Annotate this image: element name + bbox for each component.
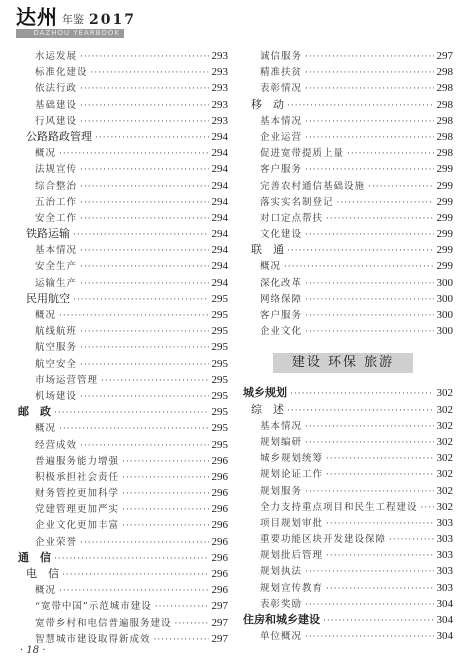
- toc-entry-title: 通 信: [18, 550, 51, 566]
- toc-entry-page: 295: [212, 323, 229, 339]
- toc-entry-page: 299: [437, 210, 454, 226]
- toc-entry[interactable]: 通 信296: [18, 550, 228, 566]
- toc-entry-title: 财务管控更加科学: [35, 486, 119, 502]
- toc-entry[interactable]: 完善农村通信基础设施299: [243, 178, 453, 194]
- toc-entry-title: 概况: [35, 583, 56, 599]
- toc-entry[interactable]: 企业文化300: [243, 323, 453, 339]
- toc-entry[interactable]: 城乡规划统筹302: [243, 450, 453, 466]
- toc-entry-title: 积极承担社会责任: [35, 470, 119, 486]
- toc-entry-page: 295: [212, 388, 229, 404]
- toc-entry-page: 294: [212, 258, 229, 274]
- toc-entry[interactable]: 规划服务302: [243, 483, 453, 499]
- toc-entry[interactable]: 公路路政管理294: [18, 129, 228, 145]
- toc-entry-page: 304: [437, 596, 454, 612]
- toc-entry-title: 规划执法: [260, 564, 302, 580]
- dot-leader: [287, 98, 434, 114]
- toc-entry-title: 基础建设: [35, 98, 77, 114]
- dot-leader: [80, 98, 208, 114]
- dot-leader: [80, 211, 208, 227]
- dot-leader: [73, 227, 209, 243]
- dot-leader: [122, 518, 208, 534]
- toc-entry[interactable]: 基本情况302: [243, 418, 453, 434]
- toc-entry-title: 深化改革: [260, 276, 302, 292]
- toc-entry-page: 296: [212, 469, 229, 485]
- dot-leader: [80, 114, 208, 130]
- toc-entry-page: 302: [437, 418, 454, 434]
- toc-entry-title: 促进宽带提质上量: [260, 146, 344, 162]
- toc-entry[interactable]: 住房和城乡建设304: [243, 612, 453, 628]
- toc-entry-title: 重要功能区块开发建设保障: [260, 532, 386, 548]
- toc-entry-title: 宽带乡村和电信普遍服务建设: [35, 616, 172, 632]
- toc-entry[interactable]: 企业文化更加丰富296: [18, 517, 228, 533]
- dot-leader: [326, 211, 433, 227]
- dot-leader: [323, 613, 434, 629]
- toc-entry-page: 295: [212, 420, 229, 436]
- toc-entry-title: 基本情况: [260, 114, 302, 130]
- toc-entry[interactable]: 企业荣誉296: [18, 534, 228, 550]
- toc-entry[interactable]: 城乡规划302: [243, 385, 453, 401]
- dot-leader: [326, 516, 433, 532]
- toc-entry-title: 规划论证工作: [260, 467, 323, 483]
- toc-entry[interactable]: 移 动298: [243, 97, 453, 113]
- dot-leader: [80, 243, 208, 259]
- toc-entry-page: 298: [437, 97, 454, 113]
- dot-leader: [91, 65, 209, 81]
- toc-entry-page: 304: [437, 628, 454, 644]
- toc-entry-page: 296: [212, 453, 229, 469]
- toc-entry-page: 293: [212, 48, 229, 64]
- dot-leader: [305, 324, 433, 340]
- dot-leader: [80, 389, 208, 405]
- toc-entry-title: 概况: [260, 259, 281, 275]
- toc-entry[interactable]: 网络保障300: [243, 291, 453, 307]
- toc-entry[interactable]: 航线航班295: [18, 323, 228, 339]
- toc-entry-page: 302: [437, 385, 454, 401]
- toc-entry-title: 客户服务: [260, 162, 302, 178]
- toc-entry[interactable]: 基本情况294: [18, 242, 228, 258]
- toc-entry-page: 293: [212, 80, 229, 96]
- toc-entry-title: 联 通: [251, 242, 284, 258]
- toc-entry-title: 标准化建设: [35, 65, 88, 81]
- toc-entry-page: 294: [212, 178, 229, 194]
- running-header: 达州 年鉴 2017 DAZHOU YEARBOOK: [16, 6, 136, 38]
- dot-leader: [122, 470, 208, 486]
- dot-leader: [80, 357, 208, 373]
- toc-entry[interactable]: 规划论证工作302: [243, 466, 453, 482]
- toc-entry-title: 规划编研: [260, 435, 302, 451]
- toc-entry-title: 客户服务: [260, 308, 302, 324]
- toc-entry[interactable]: 诚信服务297: [243, 48, 453, 64]
- toc-entry-page: 299: [437, 194, 454, 210]
- toc-entry-page: 295: [212, 437, 229, 453]
- toc-entry[interactable]: 五治工作294: [18, 194, 228, 210]
- toc-entry[interactable]: 联 通299: [243, 242, 453, 258]
- toc-entry-title: 完善农村通信基础设施: [260, 179, 365, 195]
- toc-entry-title: 企业运营: [260, 130, 302, 146]
- toc-entry[interactable]: 概况299: [243, 258, 453, 274]
- toc-entry-title: 企业文化更加丰富: [35, 518, 119, 534]
- toc-entry[interactable]: 表彰奖励304: [243, 596, 453, 612]
- toc-entry-title: 安全生产: [35, 259, 77, 275]
- toc-entry[interactable]: 航空安全295: [18, 356, 228, 372]
- toc-entry-title: 表彰情况: [260, 81, 302, 97]
- dot-leader: [101, 373, 208, 389]
- dot-leader: [122, 454, 208, 470]
- dot-leader: [122, 502, 208, 518]
- dot-leader: [305, 564, 433, 580]
- toc-entry[interactable]: 安全工作294: [18, 210, 228, 226]
- toc-entry-title: 规划宣传教育: [260, 581, 323, 597]
- toc-entry-title: 航空安全: [35, 357, 77, 373]
- toc-entry-title: 五治工作: [35, 195, 77, 211]
- toc-entry-page: 294: [212, 194, 229, 210]
- toc-entry-page: 294: [212, 226, 229, 242]
- dot-leader: [305, 114, 433, 130]
- dot-leader: [59, 421, 208, 437]
- toc-entry[interactable]: 党建管理更加严实296: [18, 501, 228, 517]
- toc-entry-page: 296: [212, 534, 229, 550]
- toc-entry[interactable]: 行风建设293: [18, 113, 228, 129]
- toc-entry[interactable]: 民用航空295: [18, 291, 228, 307]
- toc-entry-title: 诚信服务: [260, 49, 302, 65]
- dot-leader: [80, 259, 208, 275]
- dot-leader: [305, 292, 433, 308]
- dot-leader: [326, 467, 433, 483]
- toc-entry[interactable]: 综 述302: [243, 402, 453, 418]
- dot-leader: [305, 227, 433, 243]
- dot-leader: [287, 243, 434, 259]
- toc-entry-page: 294: [212, 145, 229, 161]
- toc-entry[interactable]: 基本情况298: [243, 113, 453, 129]
- toc-entry-page: 302: [437, 434, 454, 450]
- toc-entry-title: 市场运营管理: [35, 373, 98, 389]
- toc-entry[interactable]: 概况295: [18, 307, 228, 323]
- yearbook-title: 达州 年鉴 2017: [16, 6, 136, 28]
- toc-entry[interactable]: 规划宣传教育303: [243, 580, 453, 596]
- toc-entry-title: 邮 政: [18, 404, 51, 420]
- toc-entry[interactable]: 企业运营298: [243, 129, 453, 145]
- dot-leader: [80, 324, 208, 340]
- dot-leader: [54, 551, 209, 567]
- dot-leader: [73, 292, 209, 308]
- toc-entry[interactable]: 客户服务299: [243, 161, 453, 177]
- toc-entry-title: 文化建设: [260, 227, 302, 243]
- dot-leader: [80, 276, 208, 292]
- page-number: · 18 ·: [20, 645, 45, 656]
- toc-entry-title: 法规宣传: [35, 162, 77, 178]
- dot-leader: [347, 146, 433, 162]
- toc-entry[interactable]: 单位概况304: [243, 628, 453, 644]
- toc-entry-title: 航线航班: [35, 324, 77, 340]
- toc-entry-page: 294: [212, 242, 229, 258]
- toc-entry-page: 297: [212, 631, 229, 647]
- toc-entry-page: 300: [437, 323, 454, 339]
- yearbook-label: 年鉴: [62, 12, 84, 28]
- dot-leader: [80, 81, 208, 97]
- dot-leader: [80, 535, 208, 551]
- toc-entry-page: 296: [212, 517, 229, 533]
- toc-entry-page: 296: [212, 550, 229, 566]
- dot-leader: [305, 597, 433, 613]
- toc-right-column: 诚信服务297精准扶贫298表彰情况298移 动298基本情况298企业运营29…: [243, 48, 453, 644]
- toc-entry-page: 298: [437, 80, 454, 96]
- dot-leader: [122, 486, 208, 502]
- toc-entry-title: 城乡规划统筹: [260, 451, 323, 467]
- toc-entry-title: 基本情况: [35, 243, 77, 259]
- toc-entry[interactable]: 规划执法303: [243, 563, 453, 579]
- dot-leader: [368, 179, 433, 195]
- toc-entry[interactable]: 概况295: [18, 420, 228, 436]
- toc-entry-page: 303: [437, 547, 454, 563]
- toc-entry[interactable]: 概况294: [18, 145, 228, 161]
- toc-entry-page: 294: [212, 210, 229, 226]
- toc-entry-page: 299: [437, 242, 454, 258]
- dot-leader: [305, 629, 433, 645]
- toc-entry-title: 城乡规划: [243, 385, 287, 401]
- year: 2017: [89, 12, 136, 28]
- toc-entry-title: 综合整治: [35, 179, 77, 195]
- dot-leader: [80, 49, 208, 65]
- toc-entry-page: 298: [437, 64, 454, 80]
- toc-entry-page: 294: [212, 129, 229, 145]
- toc-entry-title: 表彰奖励: [260, 597, 302, 613]
- toc-entry-page: 296: [212, 485, 229, 501]
- toc-entry-page: 304: [437, 612, 454, 628]
- toc-entry[interactable]: 市场运营管理295: [18, 372, 228, 388]
- toc-entry-title: 企业荣誉: [35, 535, 77, 551]
- toc-entry-page: 303: [437, 563, 454, 579]
- toc-entry[interactable]: 安全生产294: [18, 258, 228, 274]
- toc-entry-page: 302: [437, 483, 454, 499]
- toc-right-top: 诚信服务297精准扶贫298表彰情况298移 动298基本情况298企业运营29…: [243, 48, 453, 339]
- toc-entry-title: “宽带中国”示范城市建设: [35, 599, 152, 615]
- dot-leader: [155, 599, 209, 615]
- dot-leader: [175, 616, 209, 632]
- toc-entry[interactable]: 邮 政295: [18, 404, 228, 420]
- dot-leader: [305, 49, 433, 65]
- toc-entry-page: 296: [212, 566, 229, 582]
- toc-entry-title: 运输生产: [35, 276, 77, 292]
- dot-leader: [326, 548, 433, 564]
- dot-leader: [59, 308, 208, 324]
- toc-entry-page: 295: [212, 372, 229, 388]
- toc-entry-title: 落实实名制登记: [260, 195, 334, 211]
- toc-entry[interactable]: “宽带中国”示范城市建设297: [18, 598, 228, 614]
- toc-entry-page: 303: [437, 515, 454, 531]
- dot-leader: [421, 500, 434, 516]
- toc-entry[interactable]: 项目规划审批303: [243, 515, 453, 531]
- toc-entry-title: 航空服务: [35, 340, 77, 356]
- toc-entry-page: 299: [437, 161, 454, 177]
- toc-entry-page: 295: [212, 307, 229, 323]
- dot-leader: [305, 308, 433, 324]
- toc-entry-page: 297: [212, 615, 229, 631]
- toc-entry[interactable]: 铁路运输294: [18, 226, 228, 242]
- dot-leader: [59, 146, 208, 162]
- section-banner: 建设 环保 旅游: [273, 353, 413, 373]
- dot-leader: [305, 484, 433, 500]
- toc-entry-title: 项目规划审批: [260, 516, 323, 532]
- toc-entry-page: 296: [212, 582, 229, 598]
- dot-leader: [290, 386, 434, 402]
- toc-entry-title: 综 述: [251, 402, 284, 418]
- dot-leader: [95, 130, 209, 146]
- toc-entry-title: 企业文化: [260, 324, 302, 340]
- toc-entry-page: 295: [212, 339, 229, 355]
- dot-leader: [284, 259, 433, 275]
- toc-entry-page: 300: [437, 275, 454, 291]
- toc-entry-page: 295: [212, 291, 229, 307]
- toc-entry-title: 精准扶贫: [260, 65, 302, 81]
- toc-left-column: 水运发展293标准化建设293依法行政293基础建设293行风建设293公路路政…: [18, 48, 228, 647]
- toc-entry-page: 297: [212, 598, 229, 614]
- toc-entry[interactable]: 全力支持重点项目和民生工程建设302: [243, 499, 453, 515]
- dot-leader: [80, 179, 208, 195]
- toc-entry-page: 300: [437, 307, 454, 323]
- toc-entry-page: 303: [437, 531, 454, 547]
- dot-leader: [305, 65, 433, 81]
- yearbook-subtitle-bar: DAZHOU YEARBOOK: [16, 29, 124, 38]
- toc-entry-title: 智慧城市建设取得新成效: [35, 632, 151, 648]
- toc-entry[interactable]: 宽带乡村和电信普遍服务建设297: [18, 615, 228, 631]
- toc-entry-title: 全力支持重点项目和民生工程建设: [260, 500, 418, 516]
- toc-entry-page: 298: [437, 129, 454, 145]
- dot-leader: [287, 403, 434, 419]
- dot-leader: [305, 162, 433, 178]
- toc-entry[interactable]: 财务管控更加科学296: [18, 485, 228, 501]
- toc-entry-title: 规划服务: [260, 484, 302, 500]
- toc-entry[interactable]: 普遍服务能力增强296: [18, 453, 228, 469]
- toc-entry[interactable]: 促进宽带提质上量298: [243, 145, 453, 161]
- toc-entry[interactable]: 规划批后管理303: [243, 547, 453, 563]
- toc-entry-title: 规划批后管理: [260, 548, 323, 564]
- toc-entry[interactable]: 电 信296: [18, 566, 228, 582]
- toc-entry-page: 300: [437, 291, 454, 307]
- toc-entry-title: 经营成效: [35, 438, 77, 454]
- toc-entry[interactable]: 标准化建设293: [18, 64, 228, 80]
- toc-entry-page: 293: [212, 97, 229, 113]
- toc-entry-title: 铁路运输: [26, 226, 70, 242]
- toc-entry-page: 294: [212, 161, 229, 177]
- toc-entry-page: 299: [437, 178, 454, 194]
- dot-leader: [80, 195, 208, 211]
- toc-entry-page: 299: [437, 258, 454, 274]
- toc-entry-title: 水运发展: [35, 49, 77, 65]
- toc-entry-page: 298: [437, 145, 454, 161]
- toc-entry-page: 295: [212, 404, 229, 420]
- dot-leader: [389, 532, 433, 548]
- toc-entry-page: 293: [212, 113, 229, 129]
- toc-entry-title: 移 动: [251, 97, 284, 113]
- toc-entry-title: 公路路政管理: [26, 129, 92, 145]
- toc-entry-page: 295: [212, 356, 229, 372]
- dot-leader: [305, 276, 433, 292]
- toc-entry-title: 依法行政: [35, 81, 77, 97]
- dot-leader: [59, 583, 208, 599]
- dot-leader: [80, 162, 208, 178]
- toc-entry[interactable]: 规划编研302: [243, 434, 453, 450]
- toc-entry[interactable]: 综合整治294: [18, 178, 228, 194]
- toc-entry-title: 电 信: [26, 566, 59, 582]
- toc-entry[interactable]: 航空服务295: [18, 339, 228, 355]
- toc-entry[interactable]: 依法行政293: [18, 80, 228, 96]
- toc-entry[interactable]: 机场建设295: [18, 388, 228, 404]
- toc-entry-page: 303: [437, 580, 454, 596]
- toc-entry[interactable]: 积极承担社会责任296: [18, 469, 228, 485]
- toc-entry[interactable]: 运输生产294: [18, 275, 228, 291]
- toc-entry[interactable]: 水运发展293: [18, 48, 228, 64]
- dot-leader: [326, 581, 433, 597]
- dot-leader: [305, 130, 433, 146]
- toc-entry-title: 概况: [35, 146, 56, 162]
- dot-leader: [62, 567, 209, 583]
- toc-entry[interactable]: 落实实名制登记299: [243, 194, 453, 210]
- toc-entry[interactable]: 智慧城市建设取得新成效297: [18, 631, 228, 647]
- toc-entry-page: 299: [437, 226, 454, 242]
- dot-leader: [80, 340, 208, 356]
- toc-entry-page: 296: [212, 501, 229, 517]
- toc-entry[interactable]: 经营成效295: [18, 437, 228, 453]
- dot-leader: [326, 451, 433, 467]
- toc-entry[interactable]: 表彰情况298: [243, 80, 453, 96]
- toc-entry-page: 302: [437, 466, 454, 482]
- toc-entry-page: 302: [437, 402, 454, 418]
- dot-leader: [305, 419, 433, 435]
- toc-entry-title: 党建管理更加严实: [35, 502, 119, 518]
- toc-entry-title: 机场建设: [35, 389, 77, 405]
- toc-entry-page: 298: [437, 113, 454, 129]
- toc-entry[interactable]: 文化建设299: [243, 226, 453, 242]
- dot-leader: [154, 632, 209, 648]
- toc-entry-title: 民用航空: [26, 291, 70, 307]
- toc-entry[interactable]: 重要功能区块开发建设保障303: [243, 531, 453, 547]
- dot-leader: [80, 438, 208, 454]
- toc-entry[interactable]: 法规宣传294: [18, 161, 228, 177]
- toc-entry-title: 单位概况: [260, 629, 302, 645]
- dot-leader: [305, 435, 433, 451]
- dot-leader: [305, 81, 433, 97]
- city-name: 达州: [16, 6, 58, 28]
- toc-entry[interactable]: 精准扶贫298: [243, 64, 453, 80]
- toc-entry[interactable]: 基础建设293: [18, 97, 228, 113]
- toc-entry-title: 概况: [35, 421, 56, 437]
- toc-entry-title: 普遍服务能力增强: [35, 454, 119, 470]
- dot-leader: [337, 195, 434, 211]
- toc-entry-title: 住房和城乡建设: [243, 612, 320, 628]
- toc-entry[interactable]: 概况296: [18, 582, 228, 598]
- toc-entry[interactable]: 深化改革300: [243, 275, 453, 291]
- toc-entry-title: 基本情况: [260, 419, 302, 435]
- toc-entry-title: 网络保障: [260, 292, 302, 308]
- toc-right-bottom: 城乡规划302综 述302基本情况302规划编研302城乡规划统筹302规划论证…: [243, 385, 453, 644]
- toc-entry-title: 对口定点帮扶: [260, 211, 323, 227]
- toc-entry-page: 302: [437, 450, 454, 466]
- toc-entry-title: 行风建设: [35, 114, 77, 130]
- toc-entry-page: 297: [437, 48, 454, 64]
- toc-entry-page: 293: [212, 64, 229, 80]
- toc-entry-title: 安全工作: [35, 211, 77, 227]
- dot-leader: [54, 405, 209, 421]
- toc-entry[interactable]: 对口定点帮扶299: [243, 210, 453, 226]
- toc-entry-title: 概况: [35, 308, 56, 324]
- toc-entry-page: 294: [212, 275, 229, 291]
- toc-entry-page: 302: [437, 499, 454, 515]
- toc-entry[interactable]: 客户服务300: [243, 307, 453, 323]
